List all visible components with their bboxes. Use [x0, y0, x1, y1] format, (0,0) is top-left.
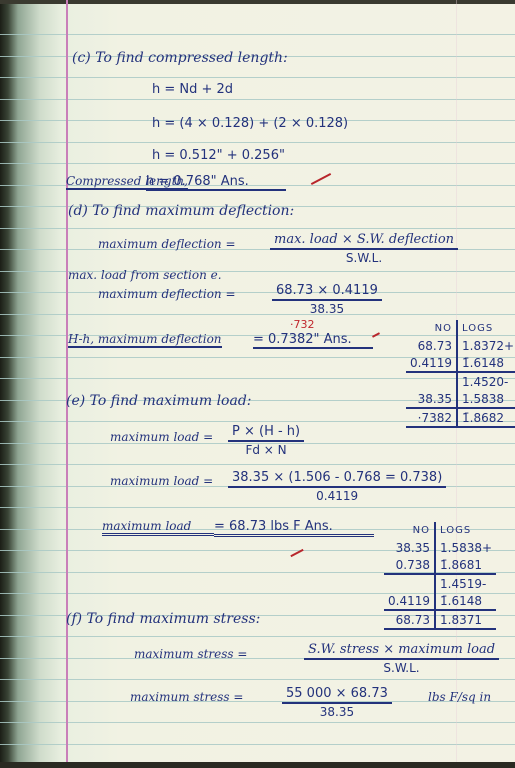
page-bottom-edge — [0, 762, 515, 768]
section-f-calc-units: lbs F/sq in — [428, 690, 491, 704]
section-e-formula-denominator: Fd × N — [245, 442, 286, 457]
section-d-calc-fraction: 68.73 × 0.4119 38.35 — [272, 283, 382, 316]
section-c-line-2: h = (4 × 0.128) + (2 × 0.128) — [152, 116, 348, 131]
section-f-formula-denominator: S.W.L. — [383, 660, 419, 675]
ruled-line — [0, 314, 515, 315]
table-cell: 1̄.6148 — [435, 592, 496, 610]
table-cell: 0.4119 — [384, 592, 435, 610]
section-e-formula-numerator: P × (H - h) — [228, 424, 304, 442]
ruled-line — [0, 464, 515, 465]
section-d-calc-label: maximum deflection = — [98, 287, 236, 301]
table-cell: 68.73 — [384, 610, 435, 629]
log-table-2-logs-header: LOGS — [435, 522, 496, 539]
section-d-formula-denominator: S.W.L. — [346, 250, 382, 265]
section-f-calc-fraction: 55 000 × 68.73 38.35 — [282, 686, 392, 719]
section-e-calc-label: maximum load = — [110, 474, 213, 488]
ruled-line — [0, 679, 515, 680]
section-f-heading: (f) To find maximum stress: — [66, 611, 260, 627]
table-cell: ·7382 — [406, 408, 457, 427]
table-row: 1.4520- — [406, 372, 515, 390]
table-cell: 1̄.8681 — [435, 556, 496, 574]
section-f-formula-fraction: S.W. stress × maximum load S.W.L. — [304, 642, 499, 675]
section-f-formula-numerator: S.W. stress × maximum load — [304, 642, 499, 660]
ruled-line — [0, 292, 515, 293]
section-d-calc-numerator: 68.73 × 0.4119 — [272, 283, 382, 301]
notebook-page: (c) To find compressed length: h = Nd + … — [0, 0, 515, 768]
log-table-1: NO LOGS 68.73 1.8372+ 0.4119 1̄.6148 1.4… — [406, 320, 515, 428]
section-c-answer: h = 0.768" Ans. — [146, 174, 286, 191]
table-row: 38.35 1.5838+ — [384, 539, 496, 556]
section-e-formula-label: maximum load = — [110, 430, 213, 444]
ruled-line — [0, 636, 515, 637]
table-cell: 1.5838 — [457, 390, 515, 408]
section-e-answer-label: maximum load — [102, 519, 214, 536]
margin-line — [66, 0, 68, 768]
log-table-2-header: NO LOGS — [384, 522, 496, 539]
table-cell: 0.4119 — [406, 354, 457, 372]
section-f-calc-label: maximum stress = — [130, 690, 243, 704]
table-cell: 1.8372+ — [457, 337, 515, 354]
section-d-answer-label: H-h, maximum deflection — [68, 332, 222, 348]
ruled-line — [0, 77, 515, 78]
log-table-1-logs-header: LOGS — [457, 320, 515, 337]
section-d-answer: = 0.7382" Ans. — [253, 332, 373, 349]
table-cell — [406, 372, 457, 390]
table-row: 0.738 1̄.8681 — [384, 556, 496, 574]
table-row: 68.73 1.8372+ — [406, 337, 515, 354]
ruled-line — [0, 34, 515, 35]
log-table-2-no-header: NO — [384, 522, 435, 539]
section-e-calc-denominator: 0.4119 — [316, 488, 358, 503]
log-table-2: NO LOGS 38.35 1.5838+ 0.738 1̄.8681 1.45… — [384, 522, 496, 630]
ruled-line — [0, 228, 515, 229]
table-cell: 1̄.6148 — [457, 354, 515, 372]
section-e-calc-fraction: 38.35 × (1.506 - 0.768 = 0.738) 0.4119 — [228, 470, 446, 503]
table-cell: 1.8371 — [435, 610, 496, 629]
log-table-1-header: NO LOGS — [406, 320, 515, 337]
red-check-mark — [311, 173, 331, 185]
section-e-answer: = 68.73 lbs F Ans. — [214, 519, 374, 537]
table-cell: 1.4519- — [435, 574, 496, 592]
ruled-line — [0, 142, 515, 143]
section-e-calc-numerator: 38.35 × (1.506 - 0.768 = 0.738) — [228, 470, 446, 488]
section-d-calc-denominator: 38.35 — [310, 301, 344, 316]
section-c-line-3: h = 0.512" + 0.256" — [152, 148, 285, 163]
ruled-line — [0, 507, 515, 508]
table-cell: 1.4520- — [457, 372, 515, 390]
section-c-heading: (c) To find compressed length: — [72, 50, 288, 66]
ruled-line — [0, 722, 515, 723]
page-top-edge — [0, 0, 515, 4]
table-cell: 68.73 — [406, 337, 457, 354]
table-cell: 38.35 — [384, 539, 435, 556]
section-e-formula-fraction: P × (H - h) Fd × N — [228, 424, 304, 457]
table-row: ·7382 1̄.8682 — [406, 408, 515, 427]
table-cell: 38.35 — [406, 390, 457, 408]
ruled-line — [0, 163, 515, 164]
section-f-calc-numerator: 55 000 × 68.73 — [282, 686, 392, 704]
section-d-formula-fraction: max. load × S.W. deflection S.W.L. — [270, 232, 458, 265]
ruled-line — [0, 99, 515, 100]
section-d-formula-label: maximum deflection = — [98, 237, 236, 251]
section-f-formula-label: maximum stress = — [134, 647, 247, 661]
table-row: 38.35 1.5838 — [406, 390, 515, 408]
section-e-heading: (e) To find maximum load: — [66, 393, 252, 409]
section-c-line-1: h = Nd + 2d — [152, 82, 233, 97]
section-f-calc-denominator: 38.35 — [320, 704, 354, 719]
table-cell — [384, 574, 435, 592]
ruled-line — [0, 744, 515, 745]
section-d-heading: (d) To find maximum deflection: — [68, 203, 294, 219]
log-table-1-no-header: NO — [406, 320, 457, 337]
section-d-note: max. load from section e. — [68, 268, 222, 282]
table-row: 0.4119 1̄.6148 — [384, 592, 496, 610]
table-cell: 1̄.8682 — [457, 408, 515, 427]
table-row: 1.4519- — [384, 574, 496, 592]
table-cell: 0.738 — [384, 556, 435, 574]
section-d-correction: ·732 — [290, 318, 315, 331]
table-cell: 1.5838+ — [435, 539, 496, 556]
section-d-formula-numerator: max. load × S.W. deflection — [270, 232, 458, 250]
table-row: 0.4119 1̄.6148 — [406, 354, 515, 372]
table-row: 68.73 1.8371 — [384, 610, 496, 629]
